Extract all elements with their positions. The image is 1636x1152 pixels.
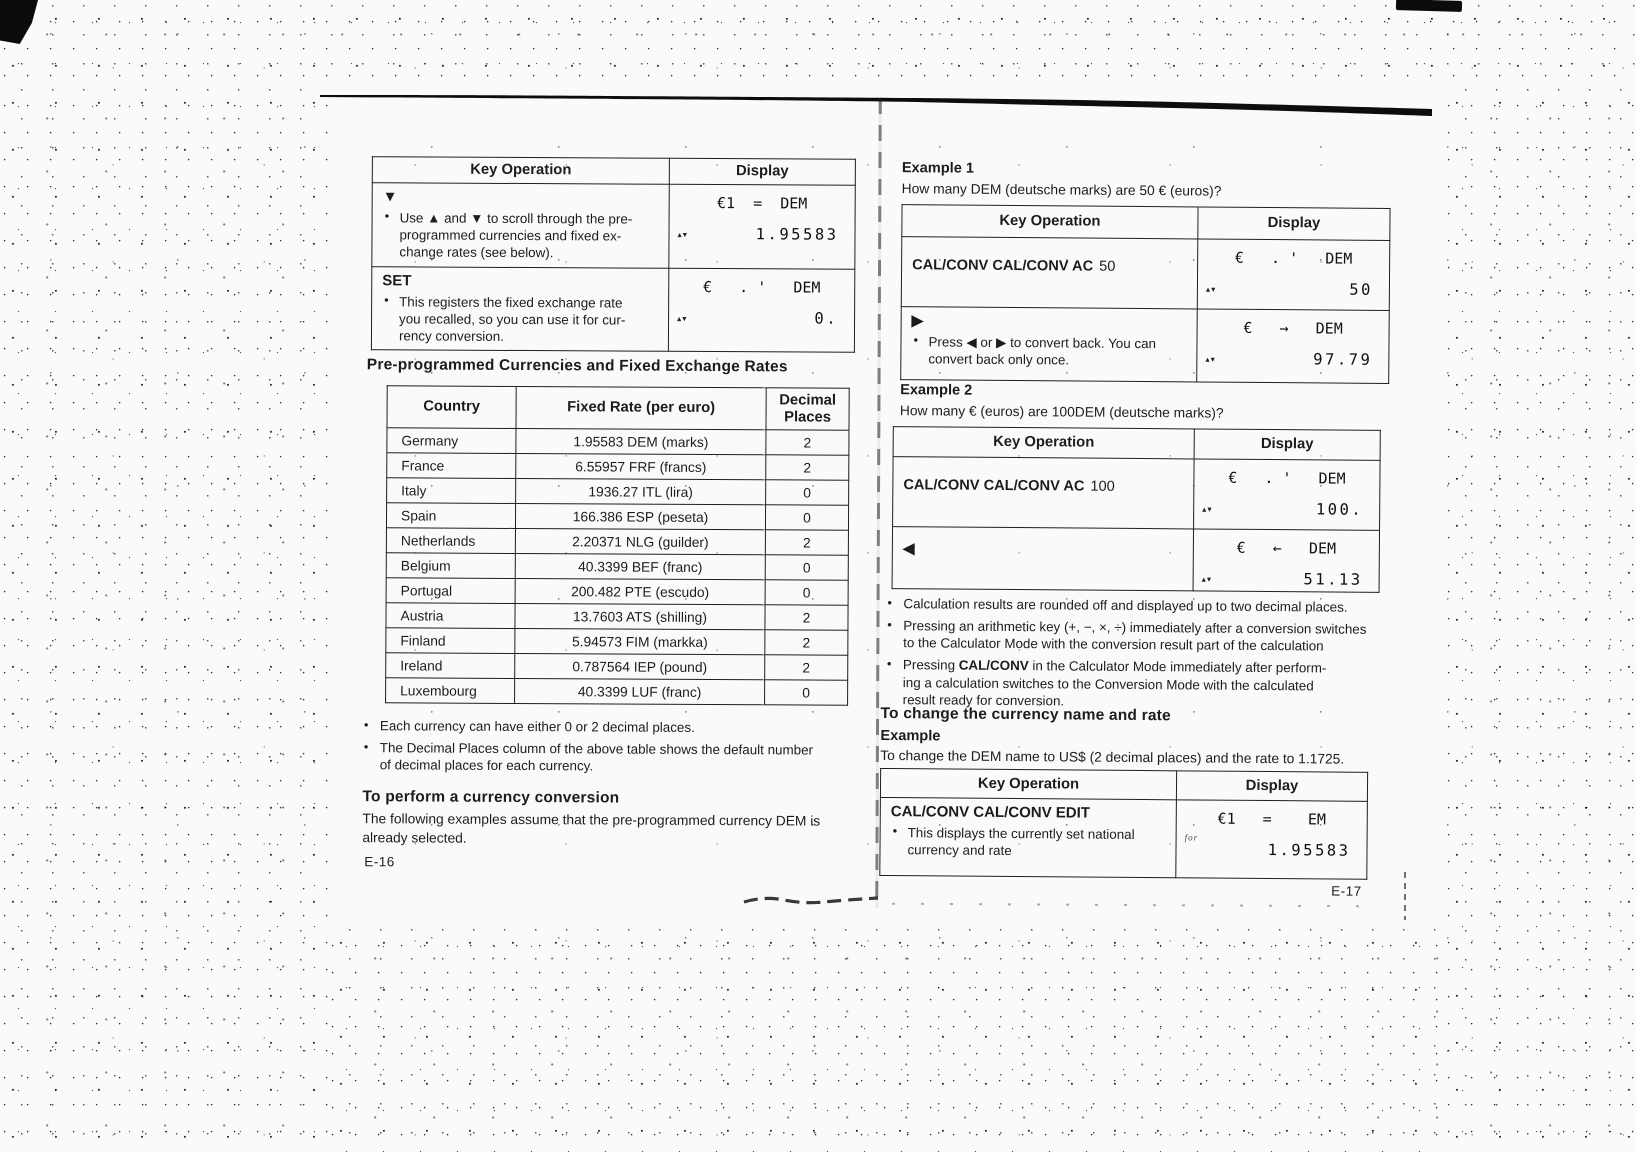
page-number-right: E-17 [1331, 884, 1362, 899]
table-header-operation: Key Operation [880, 768, 1176, 799]
display-value: 97.79 [1197, 349, 1388, 368]
display-currency-line: € . ' DEM [1198, 239, 1389, 267]
table-header-display: Display [1194, 429, 1380, 460]
display-cell: € . ' DEM 50 ▲▼ [1197, 239, 1390, 311]
decimals-cell: 0 [765, 580, 848, 605]
display-value: 0. [669, 309, 854, 328]
table-header-operation: Key Operation [893, 427, 1194, 459]
currency-row: Belgium 40.3399 BEF (franc) 0 [386, 553, 848, 580]
display-cell: € ← DEM 51.13 ▲▼ [1193, 529, 1379, 592]
decimals-cell: 0 [765, 680, 848, 705]
decimals-cell: 2 [765, 605, 848, 630]
country-cell: Austria [386, 603, 515, 629]
decimals-cell: 0 [766, 480, 849, 505]
calculator-display: € . ' DEM 100. ▲▼ [1194, 459, 1379, 518]
key-table-op-cell: SET This registers the fixed exchange ra… [371, 267, 668, 351]
display-value: 50 [1198, 279, 1389, 298]
display-value: 1.95583 [1176, 840, 1366, 859]
table-header-display: Display [1198, 207, 1390, 241]
decimals-cell: 0 [765, 555, 848, 580]
key-sequence: CAL/CONV CAL/CONV AC50 [912, 243, 1189, 275]
decimals-cell: 0 [765, 505, 848, 530]
conversion-section-title: To perform a currency conversion [363, 788, 620, 807]
scan-noise-top [0, 0, 1636, 84]
country-cell: Germany [387, 428, 516, 454]
table-header-display: Display [1176, 771, 1367, 801]
key-table-display-cell: €1 = DEM 1.95583 ▲▼ [669, 184, 855, 269]
rate-cell: 40.3399 LUF (franc) [515, 678, 765, 704]
op-cell: ◀ [892, 527, 1193, 591]
key-table-header-display: Display [669, 158, 855, 185]
display-currency-line: € . ' DEM [1194, 459, 1379, 487]
currency-row: France 6.55957 FRF (francs) 2 [387, 453, 849, 480]
calculator-display: € . ' DEM 50 ▲▼ [1198, 239, 1389, 298]
display-currency-line: € → DEM [1198, 309, 1389, 337]
example1-table: Key Operation Display CAL/CONV CAL/CONV … [900, 204, 1390, 384]
table-header-operation: Key Operation [902, 205, 1198, 239]
rate-cell: 1.95583 DEM (marks) [516, 428, 766, 454]
key-sequence-number: 100 [1090, 479, 1114, 495]
decimals-cell: 2 [765, 630, 848, 655]
note-item: Calculation results are rounded off and … [886, 595, 1401, 617]
decimals-cell: 2 [765, 655, 848, 680]
display-scroll-indicator: ▲▼ [1205, 356, 1216, 364]
currency-header-decimals: Decimal Places [766, 388, 849, 430]
rate-cell: 1936.27 ITL (lira) [516, 478, 766, 504]
scan-page-edge-line [316, 84, 1438, 122]
calculator-display: €1 = DEM 1.95583 ▲▼ [669, 185, 854, 244]
edit-example-description: To change the DEM name to US$ (2 decimal… [880, 748, 1400, 767]
note-item: Each currency can have either 0 or 2 dec… [363, 717, 868, 737]
rate-cell: 200.482 PTE (escudo) [515, 578, 765, 604]
left-arrow-key: ◀ [903, 533, 1185, 560]
op-cell: CAL/CONV CAL/CONV AC50 [901, 237, 1198, 309]
display-scroll-indicator: ▲▼ [1202, 506, 1213, 514]
conversion-section-body: The following examples assume that the p… [362, 810, 872, 850]
display-scroll-indicator: ▲▼ [1206, 286, 1217, 294]
country-cell: Netherlands [386, 528, 515, 554]
op-cell: CAL/CONV CAL/CONV EDIT This displays the… [880, 797, 1177, 877]
calculator-display: € ← DEM 51.13 ▲▼ [1194, 529, 1379, 588]
display-currency-line: €1 = DEM [670, 185, 855, 213]
calculator-display: € . ' DEM 0. ▲▼ [669, 269, 854, 328]
display-currency-line: €1 = EM [1177, 800, 1367, 828]
country-cell: France [387, 453, 516, 479]
display-cell: € . ' DEM 100. ▲▼ [1194, 459, 1381, 530]
currency-header-rate: Fixed Rate (per euro) [516, 386, 766, 429]
edit-example-subtitle: Example [880, 728, 940, 744]
example2-table: Key Operation Display CAL/CONV CAL/CONV … [892, 426, 1381, 593]
note-text: Pressing [903, 657, 959, 672]
note-item: Pressing an arithmetic key (+, −, ×, ÷) … [886, 617, 1401, 656]
scan-top-right-mark [1396, 0, 1462, 12]
key-sequence-bold: CAL/CONV CAL/CONV AC [903, 477, 1084, 494]
currency-header-country: Country [387, 386, 516, 429]
note-bold: CAL/CONV [959, 658, 1029, 674]
page-right: Example 1 How many DEM (deutsche marks) … [879, 150, 1410, 924]
edit-section-title: To change the currency name and rate [880, 705, 1170, 725]
rate-cell: 40.3399 BEF (franc) [515, 553, 765, 579]
key-table-header-operation: Key Operation [372, 157, 669, 185]
display-value: 100. [1194, 499, 1379, 518]
country-cell: Luxembourg [386, 678, 515, 704]
set-key-label: SET [382, 273, 660, 291]
scan-noise-right [1444, 84, 1636, 1152]
key-sequence: CAL/CONV CAL/CONV EDIT [891, 804, 1168, 823]
country-cell: Spain [386, 503, 515, 529]
currency-row: Netherlands 2.20371 NLG (guilder) 2 [386, 528, 848, 555]
decimals-cell: 2 [765, 530, 848, 555]
key-sequence: CAL/CONV CAL/CONV AC100 [903, 463, 1185, 495]
display-scroll-indicator: ▲▼ [677, 315, 687, 323]
right-arrow-key: ▶ [912, 313, 1189, 332]
display-cell: € → DEM 97.79 ▲▼ [1197, 309, 1390, 384]
down-arrow-key: ▼ [383, 189, 661, 207]
key-table-display-cell: € . ' DEM 0. ▲▼ [668, 268, 854, 352]
example2-question: How many € (euros) are 100DEM (deutsche … [900, 403, 1224, 421]
scan-noise-left [0, 84, 328, 1152]
display-value: 1.95583 [669, 225, 854, 244]
country-cell: Ireland [386, 653, 515, 679]
example1-question: How many DEM (deutsche marks) are 50 € (… [902, 181, 1222, 199]
edit-table: Key Operation Display CAL/CONV CAL/CONV … [879, 768, 1368, 880]
scan-corner-blob [0, 0, 38, 44]
currency-notes: Each currency can have either 0 or 2 dec… [363, 717, 868, 781]
op-cell: CAL/CONV CAL/CONV AC100 [893, 457, 1195, 529]
op-note: Press ◀ or ▶ to convert back. You can co… [911, 333, 1188, 370]
rate-cell: 6.55957 FRF (francs) [516, 453, 766, 479]
op-cell: ▶ Press ◀ or ▶ to convert back. You can … [901, 307, 1198, 382]
currency-row: Ireland 0.787564 IEP (pound) 2 [386, 653, 848, 680]
currency-row: Italy 1936.27 ITL (lira) 0 [387, 478, 849, 505]
display-mode-indicator: for [1185, 832, 1199, 842]
rate-cell: 0.787564 IEP (pound) [515, 653, 765, 679]
rate-cell: 166.386 ESP (peseta) [515, 503, 765, 529]
calculator-display: € → DEM 97.79 ▲▼ [1197, 309, 1388, 368]
note-item: Pressing CAL/CONV in the Calculator Mode… [886, 656, 1401, 713]
rate-cell: 5.94573 FIM (markka) [515, 628, 765, 654]
country-cell: Finland [386, 628, 515, 654]
example2-title: Example 2 [900, 382, 972, 399]
currency-table: Country Fixed Rate (per euro) Decimal Pl… [385, 385, 850, 705]
display-cell: €1 = EM 1.95583 for [1176, 800, 1368, 879]
display-scroll-indicator: ▲▼ [1202, 576, 1213, 584]
currency-row: Portugal 200.482 PTE (escudo) 0 [386, 578, 848, 605]
display-value: 51.13 [1194, 569, 1379, 588]
country-cell: Italy [387, 478, 516, 504]
decimals-cell: 2 [766, 430, 849, 455]
currency-row: Spain 166.386 ESP (peseta) 0 [386, 503, 848, 530]
currency-row: Luxembourg 40.3399 LUF (franc) 0 [386, 678, 848, 705]
currency-row: Austria 13.7603 ATS (shilling) 2 [386, 603, 848, 630]
key-table-op-cell: ▼ Use ▲ and ▼ to scroll through the pre-… [372, 183, 669, 269]
scan-noise-bottom [328, 924, 1444, 1152]
key-sequence-number: 50 [1099, 259, 1115, 275]
display-currency-line: € ← DEM [1194, 529, 1379, 557]
scan-side-dash [1404, 872, 1406, 920]
page-left: Key Operation Display ▼ Use ▲ and ▼ to s… [326, 140, 876, 913]
display-currency-line: € . ' DEM [669, 269, 854, 297]
example1-title: Example 1 [902, 160, 974, 177]
calculator-display: €1 = EM 1.95583 for [1176, 800, 1366, 859]
decimals-cell: 2 [766, 455, 849, 480]
country-cell: Belgium [386, 553, 515, 579]
country-cell: Portugal [386, 578, 515, 604]
currency-row: Finland 5.94573 FIM (markka) 2 [386, 628, 848, 655]
page-number-left: E-16 [364, 854, 395, 869]
currency-row: Germany 1.95583 DEM (marks) 2 [387, 428, 849, 455]
display-scroll-indicator: ▲▼ [677, 231, 687, 239]
currency-table-title: Pre-programmed Currencies and Fixed Exch… [367, 356, 788, 376]
rate-cell: 13.7603 ATS (shilling) [515, 603, 765, 629]
rate-cell: 2.20371 NLG (guilder) [515, 528, 765, 554]
key-sequence-bold: CAL/CONV CAL/CONV AC [912, 257, 1093, 274]
key-operation-table: Key Operation Display ▼ Use ▲ and ▼ to s… [371, 156, 856, 352]
key-table-note: This registers the fixed exchange rate y… [382, 293, 660, 347]
conversion-notes: Calculation results are rounded off and … [886, 595, 1402, 717]
op-note: This displays the currently set national… [890, 824, 1167, 861]
note-item: The Decimal Places column of the above t… [363, 739, 868, 777]
key-table-note: Use ▲ and ▼ to scroll through the pre- p… [382, 209, 660, 263]
